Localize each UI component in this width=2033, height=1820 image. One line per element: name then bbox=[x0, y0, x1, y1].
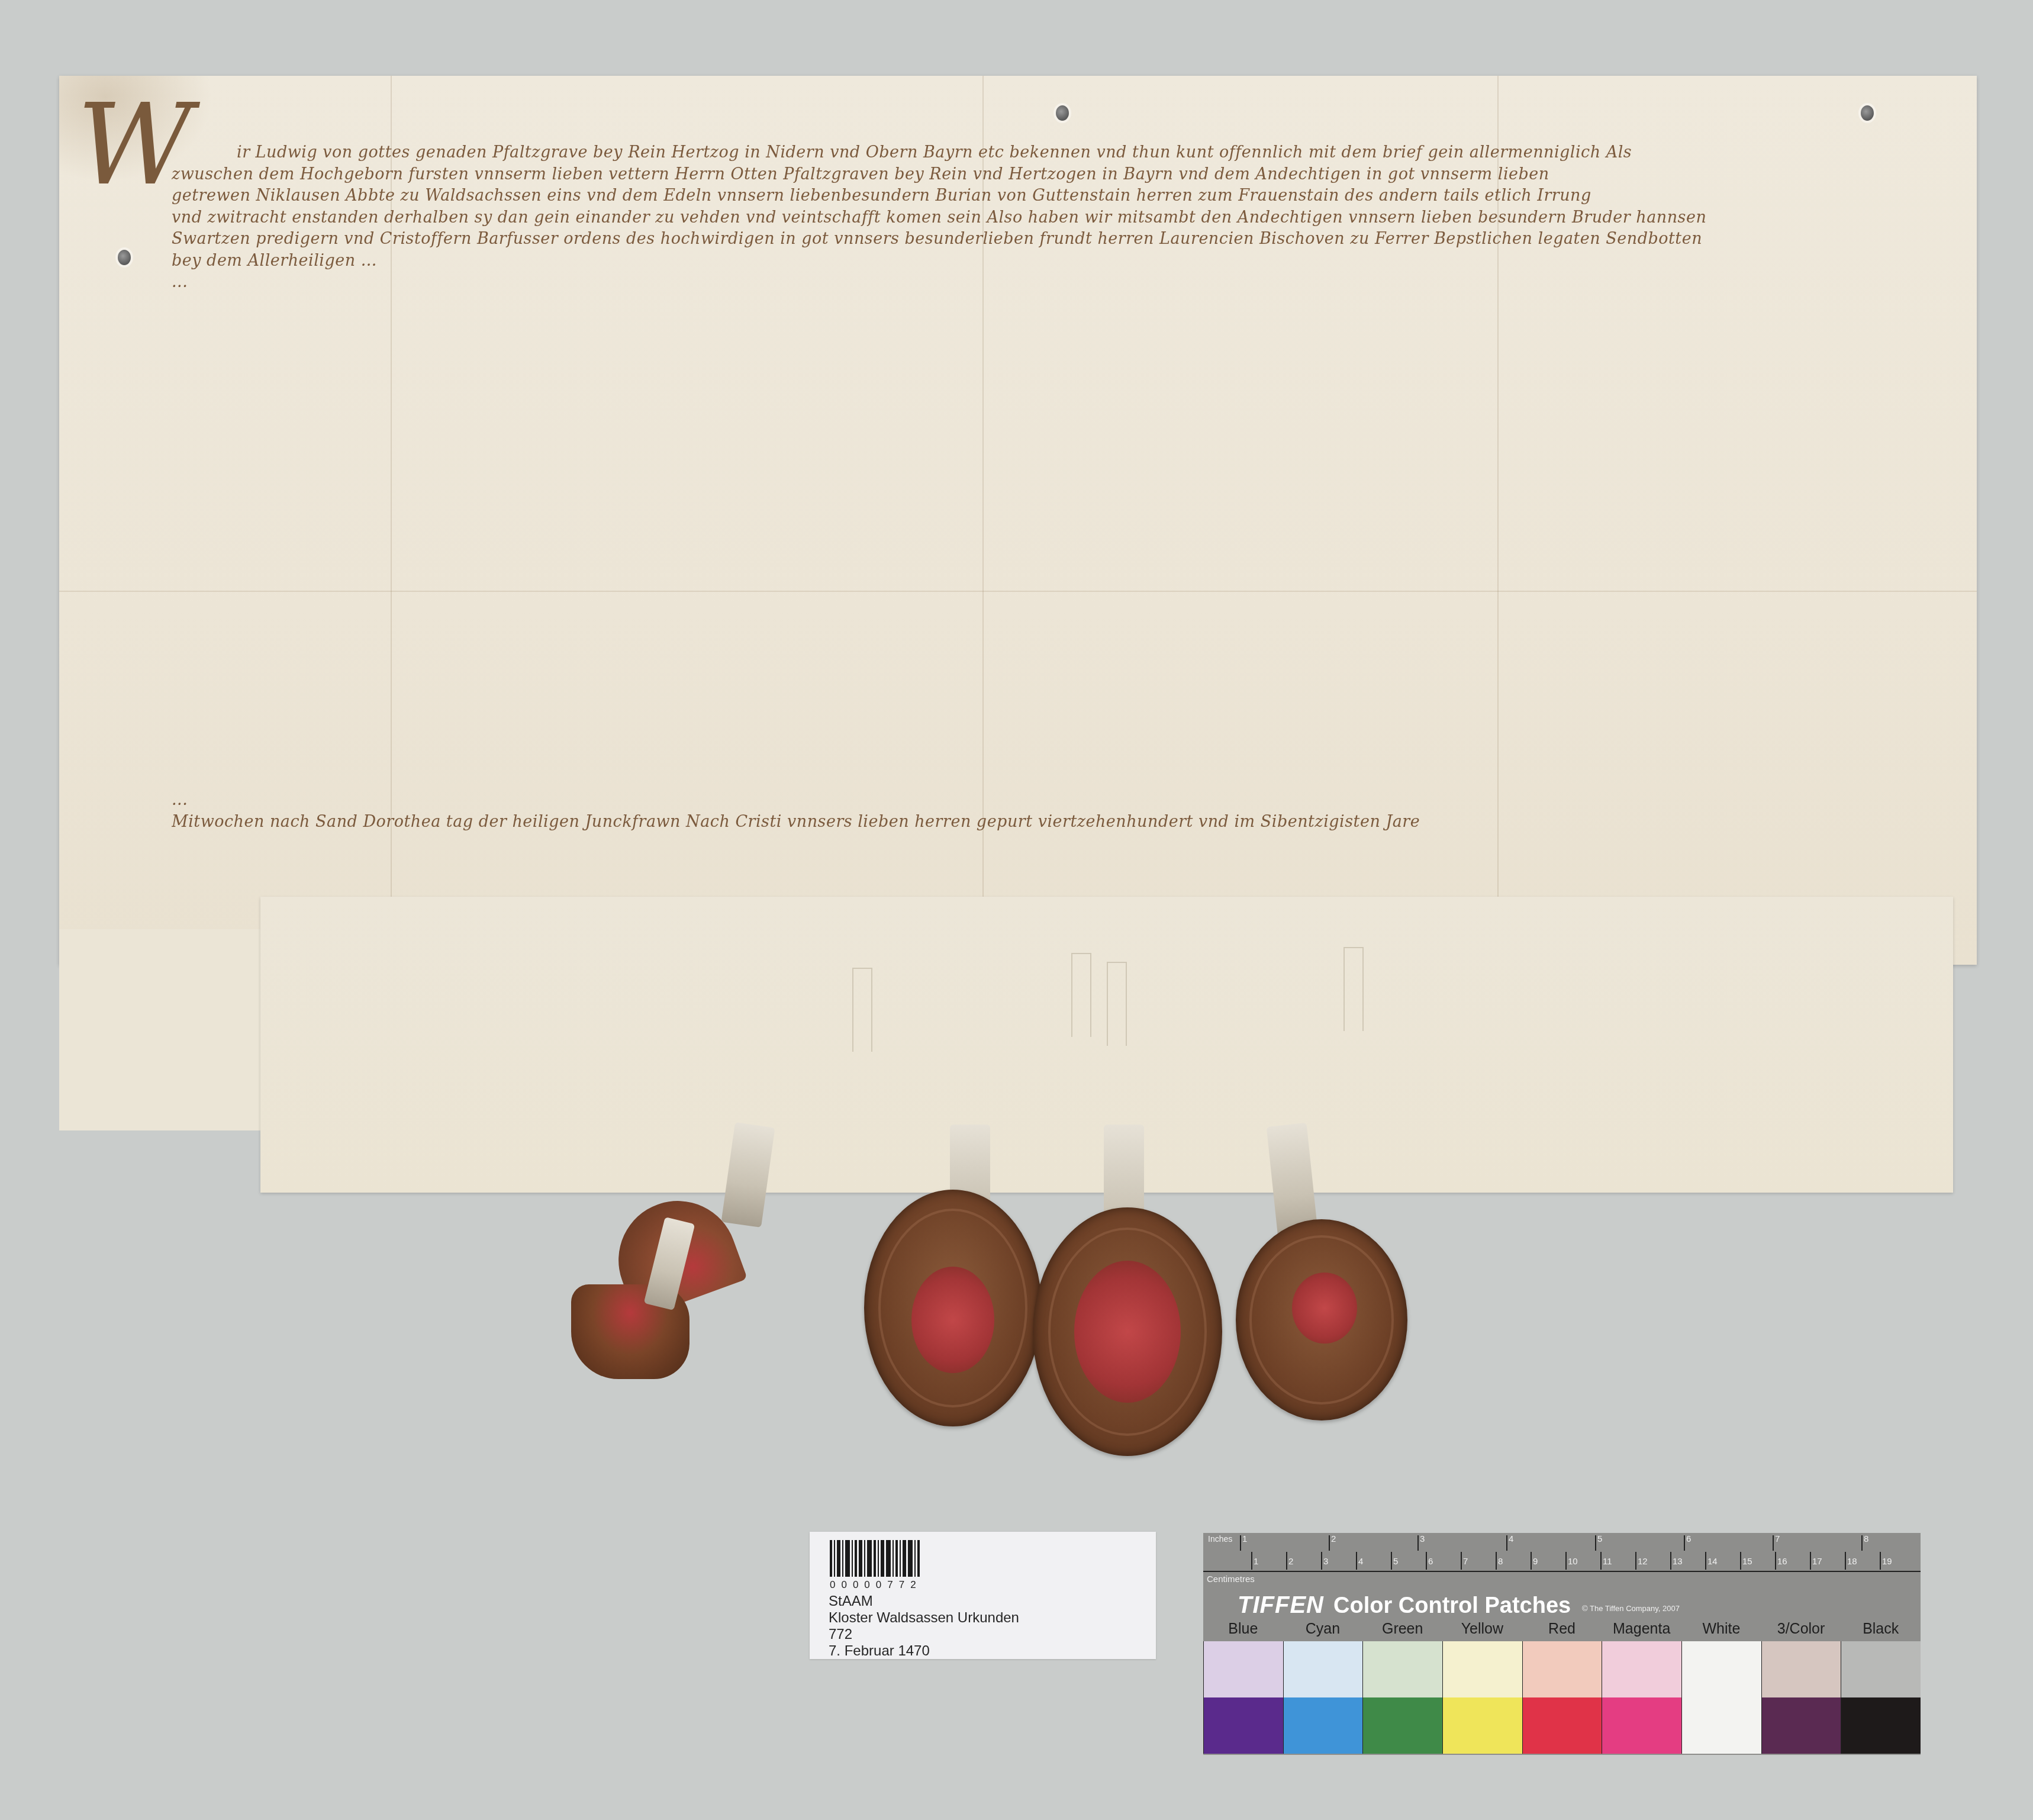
seal-impression bbox=[911, 1267, 994, 1373]
cm-tick bbox=[1321, 1552, 1322, 1570]
inch-tick bbox=[1861, 1535, 1863, 1551]
cm-tick bbox=[1705, 1552, 1706, 1570]
color-control-card: Inches 12345678 123456789101112131415161… bbox=[1203, 1533, 1921, 1755]
text-line: vnd zwitracht enstanden derhalben sy dan… bbox=[172, 207, 1888, 229]
cm-tick bbox=[1740, 1552, 1741, 1570]
color-patch-black bbox=[1841, 1641, 1921, 1754]
inch-tick bbox=[1773, 1535, 1774, 1551]
tiffen-logo: TIFFEN bbox=[1238, 1592, 1324, 1619]
color-patches bbox=[1203, 1641, 1921, 1754]
cm-tick bbox=[1810, 1552, 1811, 1570]
ruler: Inches 12345678 123456789101112131415161… bbox=[1203, 1533, 1921, 1572]
color-patch-cyan bbox=[1283, 1641, 1363, 1754]
cm-tick-label: 2 bbox=[1288, 1557, 1293, 1567]
punch-hole-icon bbox=[1053, 103, 1071, 123]
inch-tick-label: 3 bbox=[1420, 1534, 1425, 1544]
patch-label: Cyan bbox=[1283, 1621, 1363, 1638]
text-line: bey dem Allerheiligen ... bbox=[172, 250, 1888, 272]
text-line: Mitwochen nach Sand Dorothea tag der hei… bbox=[172, 811, 1888, 833]
collection-name: Kloster Waldsassen Urkunden bbox=[829, 1610, 1019, 1626]
text-line: ir Ludwig von gottes genaden Pfaltzgrave… bbox=[172, 142, 1888, 164]
inch-tick bbox=[1240, 1535, 1241, 1551]
inch-tick bbox=[1329, 1535, 1330, 1551]
patch-label: Red bbox=[1522, 1621, 1602, 1638]
seal-slot bbox=[852, 968, 872, 1052]
text-line: ... bbox=[172, 790, 1888, 811]
cm-tick-label: 11 bbox=[1603, 1557, 1612, 1567]
text-line: getrewen Niklausen Abbte zu Waldsachssen… bbox=[172, 185, 1888, 207]
inches-label: Inches bbox=[1208, 1534, 1232, 1544]
seal-slot bbox=[1071, 953, 1091, 1037]
cm-tick-label: 8 bbox=[1498, 1557, 1503, 1567]
patch-label: Magenta bbox=[1602, 1621, 1681, 1638]
patch-label: 3/Color bbox=[1761, 1621, 1841, 1638]
patch-labels: BlueCyanGreenYellowRedMagentaWhite3/Colo… bbox=[1203, 1621, 1921, 1638]
cm-tick bbox=[1286, 1552, 1287, 1570]
text-line: zwuschen dem Hochgeborn fursten vnnserm … bbox=[172, 164, 1888, 186]
cm-tick-label: 19 bbox=[1882, 1557, 1892, 1567]
cm-tick-label: 10 bbox=[1568, 1557, 1578, 1567]
archive-label: 00000772 StAAM Kloster Waldsassen Urkund… bbox=[810, 1532, 1156, 1659]
color-patch-green bbox=[1362, 1641, 1442, 1754]
cm-tick-label: 17 bbox=[1812, 1557, 1822, 1567]
color-patch-blue bbox=[1203, 1641, 1283, 1754]
cm-tick-label: 3 bbox=[1323, 1557, 1328, 1567]
barcode-icon bbox=[830, 1540, 920, 1577]
cm-tick bbox=[1496, 1552, 1497, 1570]
wax-seal-3 bbox=[1033, 1207, 1222, 1456]
cm-tick-label: 12 bbox=[1638, 1557, 1648, 1567]
cm-tick-label: 13 bbox=[1673, 1557, 1683, 1567]
seal-slot bbox=[1107, 962, 1127, 1046]
punch-hole-icon bbox=[1858, 103, 1876, 123]
cm-tick-label: 14 bbox=[1707, 1557, 1718, 1567]
copyright: © The Tiffen Company, 2007 bbox=[1582, 1604, 1680, 1613]
wax-seal-2 bbox=[864, 1190, 1042, 1426]
color-patch-white bbox=[1681, 1641, 1761, 1754]
text-line: ... bbox=[172, 272, 1888, 790]
patch-label: Yellow bbox=[1442, 1621, 1522, 1638]
charter-text: ir Ludwig von gottes genaden Pfaltzgrave… bbox=[172, 142, 1888, 833]
archive-name: StAAM bbox=[829, 1593, 1019, 1610]
barcode-number: 00000772 bbox=[830, 1579, 922, 1591]
inch-tick bbox=[1417, 1535, 1419, 1551]
cm-tick bbox=[1461, 1552, 1462, 1570]
card-title: Color Control Patches bbox=[1333, 1593, 1571, 1619]
patch-label: Black bbox=[1841, 1621, 1921, 1638]
cm-tick bbox=[1391, 1552, 1392, 1570]
cm-tick bbox=[1426, 1552, 1427, 1570]
wax-seal-4 bbox=[1236, 1219, 1407, 1420]
text-line: Swartzen predigern vnd Cristoffern Barfu… bbox=[172, 228, 1888, 250]
patch-label: Green bbox=[1362, 1621, 1442, 1638]
cm-tick bbox=[1845, 1552, 1846, 1570]
cm-tick bbox=[1635, 1552, 1636, 1570]
inch-tick-label: 8 bbox=[1864, 1534, 1868, 1544]
cm-tick bbox=[1775, 1552, 1776, 1570]
cm-tick bbox=[1600, 1552, 1602, 1570]
seal-impression bbox=[1292, 1273, 1357, 1344]
inch-tick bbox=[1506, 1535, 1507, 1551]
centimetres-label: Centimetres bbox=[1207, 1574, 1255, 1584]
inch-tick bbox=[1684, 1535, 1685, 1551]
cm-tick-label: 6 bbox=[1428, 1557, 1433, 1567]
inch-tick bbox=[1595, 1535, 1596, 1551]
color-patch-red bbox=[1522, 1641, 1602, 1754]
punch-hole-icon bbox=[115, 247, 133, 268]
inch-tick-label: 1 bbox=[1242, 1534, 1247, 1544]
cm-tick bbox=[1356, 1552, 1357, 1570]
cm-tick bbox=[1565, 1552, 1567, 1570]
color-patch-magenta bbox=[1602, 1641, 1681, 1754]
cm-tick-label: 9 bbox=[1533, 1557, 1538, 1567]
inch-tick-label: 7 bbox=[1775, 1534, 1780, 1544]
document-date: 7. Februar 1470 bbox=[829, 1643, 1019, 1660]
patch-label: White bbox=[1681, 1621, 1761, 1638]
seal-impression bbox=[1074, 1261, 1181, 1403]
seal-slot bbox=[1343, 947, 1364, 1031]
inch-tick-label: 6 bbox=[1686, 1534, 1691, 1544]
color-patch-yellow bbox=[1442, 1641, 1522, 1754]
patch-label: Blue bbox=[1203, 1621, 1283, 1638]
item-number: 772 bbox=[829, 1626, 1019, 1643]
color-patch-3-color bbox=[1761, 1641, 1841, 1754]
cm-tick-label: 7 bbox=[1463, 1557, 1468, 1567]
cm-tick-label: 4 bbox=[1358, 1557, 1363, 1567]
cm-tick-label: 1 bbox=[1254, 1557, 1258, 1567]
inch-tick-label: 4 bbox=[1509, 1534, 1513, 1544]
inch-tick-label: 2 bbox=[1331, 1534, 1336, 1544]
cm-tick bbox=[1880, 1552, 1881, 1570]
cm-tick-label: 16 bbox=[1777, 1557, 1787, 1567]
cm-tick-label: 15 bbox=[1742, 1557, 1752, 1567]
cm-tick bbox=[1251, 1552, 1252, 1570]
cm-tick-label: 5 bbox=[1393, 1557, 1398, 1567]
cm-tick bbox=[1531, 1552, 1532, 1570]
cm-tick-label: 18 bbox=[1847, 1557, 1857, 1567]
inch-tick-label: 5 bbox=[1597, 1534, 1602, 1544]
cm-tick bbox=[1670, 1552, 1671, 1570]
